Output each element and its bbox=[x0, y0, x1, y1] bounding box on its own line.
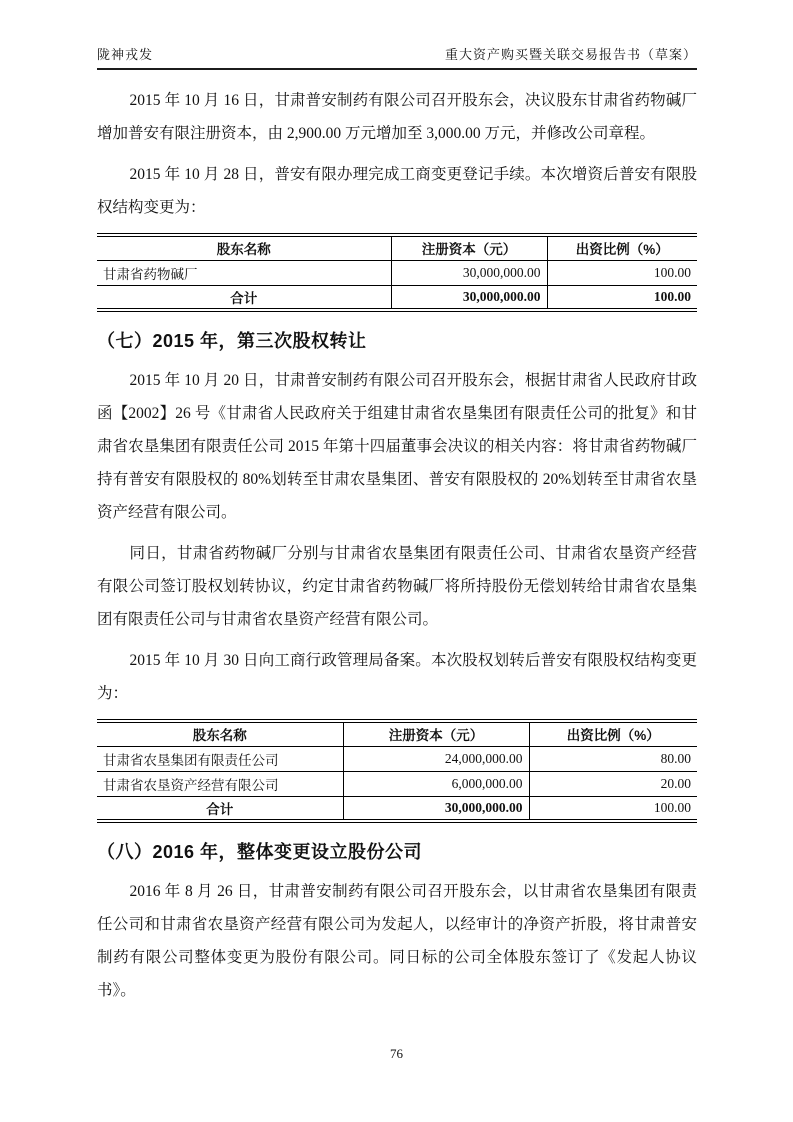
document-page: 陇神戎发 重大资产购买暨关联交易报告书（草案） 2015 年 10 月 16 日… bbox=[0, 0, 793, 1122]
shareholder-name-cell: 甘肃省药物碱厂 bbox=[97, 260, 391, 285]
total-capital-cell: 30,000,000.00 bbox=[391, 285, 547, 310]
table-total-row: 合计 30,000,000.00 100.00 bbox=[97, 796, 697, 821]
header-report-title: 重大资产购买暨关联交易报告书（草案） bbox=[445, 44, 697, 63]
ratio-cell: 20.00 bbox=[529, 771, 697, 796]
page-header: 陇神戎发 重大资产购买暨关联交易报告书（草案） bbox=[97, 44, 697, 70]
paragraph-transfer-agreement: 同日，甘肃省药物碱厂分别与甘肃省农垦集团有限责任公司、甘肃省农垦资产经营有限公司… bbox=[97, 537, 697, 636]
column-header-contribution-ratio: 出资比例（%） bbox=[529, 721, 697, 746]
table-total-row: 合计 30,000,000.00 100.00 bbox=[97, 285, 697, 310]
total-label-cell: 合计 bbox=[97, 285, 391, 310]
total-ratio-cell: 100.00 bbox=[529, 796, 697, 821]
registered-capital-cell: 6,000,000.00 bbox=[343, 771, 529, 796]
paragraph-capital-increase: 2015 年 10 月 16 日，甘肃普安制药有限公司召开股东会，决议股东甘肃省… bbox=[97, 84, 697, 150]
section-heading-8: （八）2016 年，整体变更设立股份公司 bbox=[97, 837, 697, 867]
ratio-cell: 80.00 bbox=[529, 746, 697, 771]
paragraph-registration-change: 2015 年 10 月 28 日，普安有限办理完成工商变更登记手续。本次增资后普… bbox=[97, 158, 697, 224]
paragraph-transfer-filing: 2015 年 10 月 30 日向工商行政管理局备案。本次股权划转后普安有限股权… bbox=[97, 644, 697, 710]
document-body: 2015 年 10 月 16 日，甘肃普安制药有限公司召开股东会，决议股东甘肃省… bbox=[97, 84, 697, 1007]
registered-capital-cell: 30,000,000.00 bbox=[391, 260, 547, 285]
column-header-shareholder-name: 股东名称 bbox=[97, 721, 343, 746]
column-header-registered-capital: 注册资本（元） bbox=[343, 721, 529, 746]
paragraph-transfer-resolution: 2015 年 10 月 20 日，甘肃普安制药有限公司召开股东会，根据甘肃省人民… bbox=[97, 364, 697, 529]
table-row: 甘肃省农垦资产经营有限公司 6,000,000.00 20.00 bbox=[97, 771, 697, 796]
header-company-short-name: 陇神戎发 bbox=[97, 44, 153, 63]
column-header-shareholder-name: 股东名称 bbox=[97, 235, 391, 260]
total-label-cell: 合计 bbox=[97, 796, 343, 821]
shareholding-table-after-capital-increase: 股东名称 注册资本（元） 出资比例（%） 甘肃省药物碱厂 30,000,000.… bbox=[97, 233, 697, 312]
total-capital-cell: 30,000,000.00 bbox=[343, 796, 529, 821]
table-row: 甘肃省药物碱厂 30,000,000.00 100.00 bbox=[97, 260, 697, 285]
column-header-registered-capital: 注册资本（元） bbox=[391, 235, 547, 260]
page-footer: 76 bbox=[0, 1046, 793, 1062]
total-ratio-cell: 100.00 bbox=[547, 285, 697, 310]
ratio-cell: 100.00 bbox=[547, 260, 697, 285]
table-row: 甘肃省农垦集团有限责任公司 24,000,000.00 80.00 bbox=[97, 746, 697, 771]
table-header-row: 股东名称 注册资本（元） 出资比例（%） bbox=[97, 235, 697, 260]
page-number: 76 bbox=[390, 1046, 403, 1061]
column-header-contribution-ratio: 出资比例（%） bbox=[547, 235, 697, 260]
shareholding-table-after-transfer: 股东名称 注册资本（元） 出资比例（%） 甘肃省农垦集团有限责任公司 24,00… bbox=[97, 719, 697, 823]
paragraph-joint-stock-conversion: 2016 年 8 月 26 日，甘肃普安制药有限公司召开股东会，以甘肃省农垦集团… bbox=[97, 875, 697, 1007]
shareholder-name-cell: 甘肃省农垦集团有限责任公司 bbox=[97, 746, 343, 771]
registered-capital-cell: 24,000,000.00 bbox=[343, 746, 529, 771]
table-header-row: 股东名称 注册资本（元） 出资比例（%） bbox=[97, 721, 697, 746]
section-heading-7: （七）2015 年，第三次股权转让 bbox=[97, 326, 697, 356]
shareholder-name-cell: 甘肃省农垦资产经营有限公司 bbox=[97, 771, 343, 796]
